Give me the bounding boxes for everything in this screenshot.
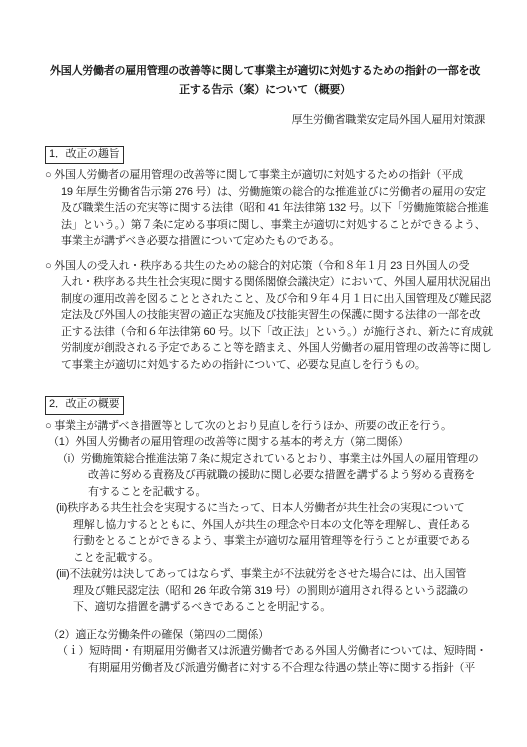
section2-header: 2．改正の概要 — [45, 396, 485, 415]
section1-paragraph-2: ○ 外国人の受入れ・秩序ある共生のための総合的対応策（令和８年１月 23 日外国… — [45, 258, 485, 374]
section2-item2-sub-i: （ｉ）短時間・有期雇用労働者又は派遣労働者である外国人労働者については、短時間・… — [57, 643, 485, 676]
section2-intro: ○ 事業主が講ずべき措置等として次のとおり見直しを行うほか、所要の改正を行う。 — [45, 418, 485, 435]
section2-item1-heading: （1）外国人労働者の雇用管理の改善等に関する基本的考え方（第二関係） — [48, 434, 485, 451]
section2-item1-sub-i: （i）労働施策総合推進法第７条に規定されているとおり、事業主は外国人の雇用管理の… — [57, 451, 485, 501]
section1-paragraph-1: ○ 外国人労働者の雇用管理の改善等に関して事業主が適切に対処するための指針（平成… — [45, 167, 485, 250]
section1-heading: 1．改正の趣旨 — [45, 146, 124, 165]
document-title: 外国人労働者の雇用管理の改善等に関して事業主が適切に対処するための指針の一部を改… — [45, 62, 485, 100]
section2-heading: 2．改正の概要 — [45, 396, 124, 415]
section2-item1-sub-iii: (iii)不法就労は決してあってはならず、事業主が不法就労をさせた場合には、出入… — [56, 566, 485, 616]
document-author: 厚生労働省職業安定局外国人雇用対策課 — [45, 112, 485, 129]
document-page: 外国人労働者の雇用管理の改善等に関して事業主が適切に対処するための指針の一部を改… — [0, 0, 527, 747]
section1-header: 1．改正の趣旨 — [45, 146, 485, 165]
section2-item2-heading: （2）適正な労働条件の確保（第四の二関係） — [48, 627, 485, 644]
section2-item1-sub-ii: (ii)秩序ある共生社会を実現するに当たって、日本人労働者が共生社会の実現につい… — [56, 500, 485, 566]
